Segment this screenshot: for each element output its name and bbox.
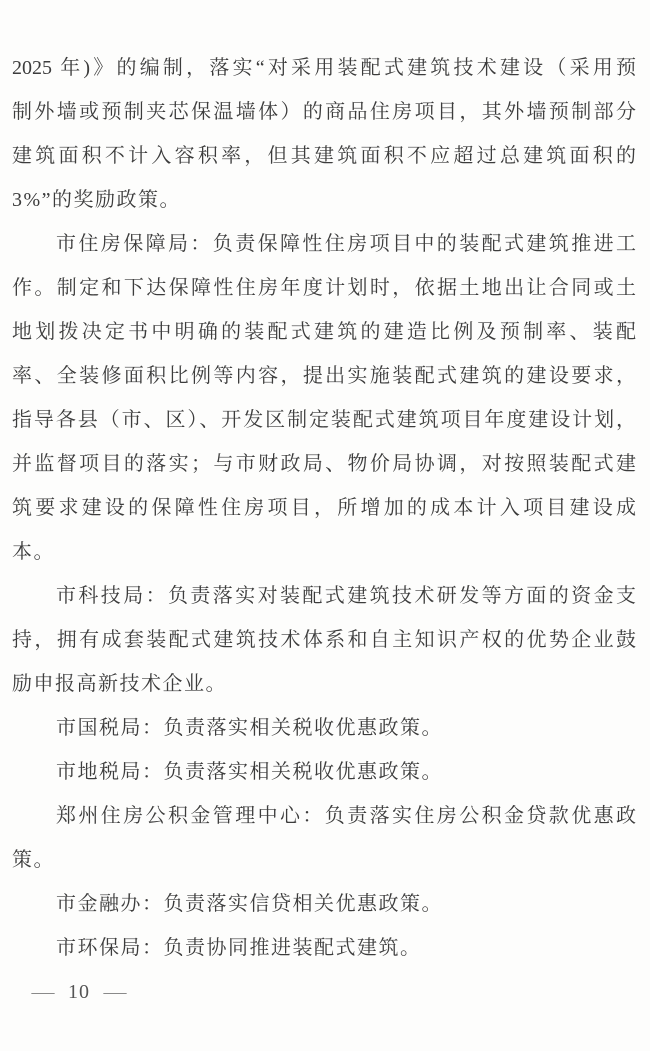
text-line: 市环保局：负责协同推进装配式建筑。 bbox=[12, 926, 636, 970]
text-line: 市地税局：负责落实相关税收优惠政策。 bbox=[12, 750, 636, 794]
page-footer: — 10 — bbox=[33, 981, 125, 1004]
text-line: 励申报高新技术企业。 bbox=[12, 662, 636, 706]
text-line: 作。制定和下达保障性住房年度计划时，依据土地出让合同或土 bbox=[12, 266, 636, 310]
text-line: 筑要求建设的保障性住房项目，所增加的成本计入项目建设成 bbox=[12, 486, 636, 530]
text-line: 持，拥有成套装配式建筑技术体系和自主知识产权的优势企业鼓 bbox=[12, 618, 636, 662]
text-line: 指导各县（市、区）、开发区制定装配式建筑项目年度建设计划， bbox=[12, 398, 636, 442]
text-line: 制外墙或预制夹芯保温墙体）的商品住房项目，其外墙预制部分 bbox=[12, 90, 636, 134]
page-number: 10 bbox=[68, 981, 90, 1004]
text-line: 市住房保障局：负责保障性住房项目中的装配式建筑推进工 bbox=[12, 222, 636, 266]
text-line: 本。 bbox=[12, 530, 636, 574]
document-body: 2025 年)》的编制，落实“对采用装配式建筑技术建设（采用预 制外墙或预制夹芯… bbox=[0, 0, 650, 970]
text-line: 3%”的奖励政策。 bbox=[12, 178, 636, 222]
text-line: 市国税局：负责落实相关税收优惠政策。 bbox=[12, 706, 636, 750]
document-page: 2025 年)》的编制，落实“对采用装配式建筑技术建设（采用预 制外墙或预制夹芯… bbox=[0, 0, 650, 1051]
text-line: 地划拨决定书中明确的装配式建筑的建造比例及预制率、装配 bbox=[12, 310, 636, 354]
text-line: 市金融办：负责落实信贷相关优惠政策。 bbox=[12, 882, 636, 926]
page-number-right-dash: — bbox=[104, 981, 127, 1004]
page-number-left-dash: — bbox=[32, 981, 55, 1004]
text-line: 并监督项目的落实；与市财政局、物价局协调，对按照装配式建 bbox=[12, 442, 636, 486]
text-line: 策。 bbox=[12, 838, 636, 882]
text-line: 郑州住房公积金管理中心：负责落实住房公积金贷款优惠政 bbox=[12, 794, 636, 838]
text-line: 率、全装修面积比例等内容，提出实施装配式建筑的建设要求， bbox=[12, 354, 636, 398]
text-line: 2025 年)》的编制，落实“对采用装配式建筑技术建设（采用预 bbox=[12, 46, 636, 90]
text-line: 建筑面积不计入容积率，但其建筑面积不应超过总建筑面积的 bbox=[12, 134, 636, 178]
text-line: 市科技局：负责落实对装配式建筑技术研发等方面的资金支 bbox=[12, 574, 636, 618]
